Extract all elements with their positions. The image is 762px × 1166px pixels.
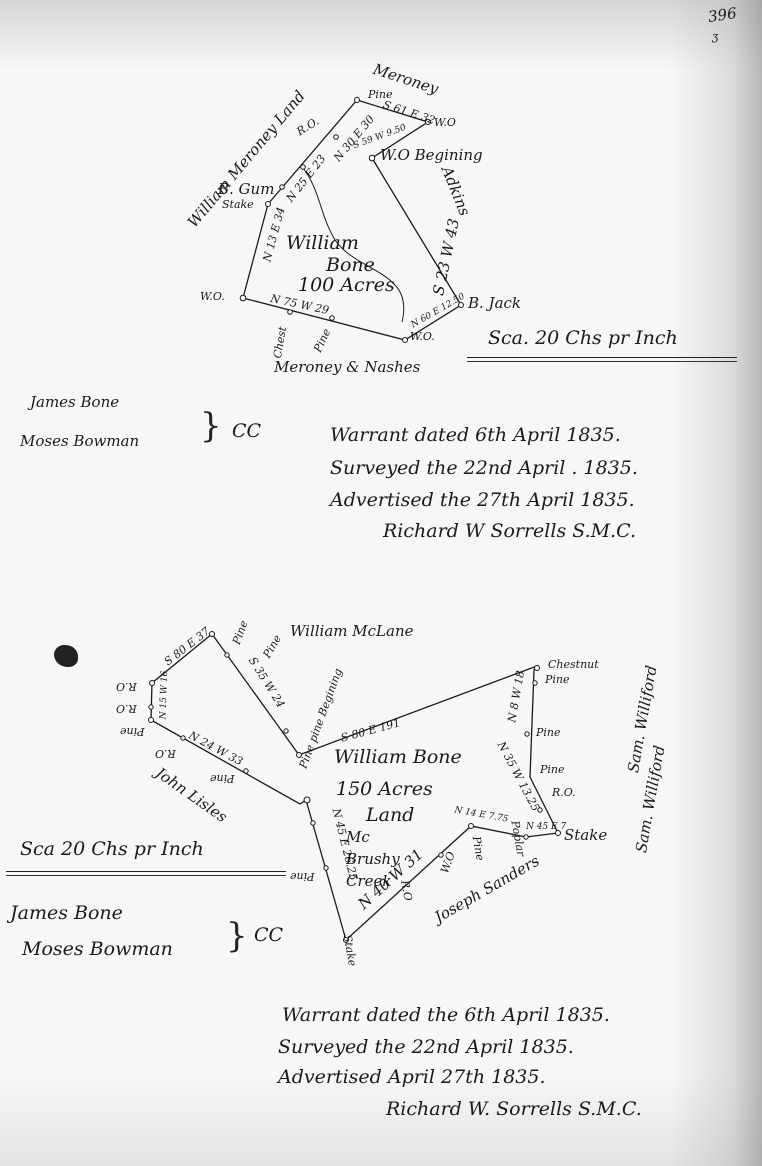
plat-2-land-label: Land — [366, 804, 414, 826]
plat-2-bearing-bottom-right: N 45 E 7 — [526, 822, 566, 832]
grantee-2-2: Moses Bowman — [22, 938, 173, 960]
record-2-line-3: Advertised April 27th 1835. — [278, 1066, 546, 1088]
plat-2-corner-ro-left: R.O — [155, 747, 176, 760]
plat-2-corner-pine-mid: Pine — [210, 772, 235, 785]
plat-2-corner-ro-upper: R.O — [116, 680, 137, 693]
record-2-line-1: Warrant dated the 6th April 1835. — [282, 1004, 610, 1026]
record-2-line-2: Surveyed the 22nd April 1835. — [278, 1036, 574, 1058]
scale-rule-2b — [6, 875, 286, 876]
plat-2-acreage: 150 Acres — [336, 778, 433, 800]
plat-2-bearing-left: N 15 W 16 — [158, 671, 170, 720]
plat-2-corner-pine-right-3: Pine — [540, 763, 565, 776]
plat-2-owner: William Bone — [334, 746, 462, 768]
plat-2-corner-stake: Stake — [564, 826, 607, 844]
plat-2-boundary — [0, 0, 762, 1166]
plat-2-corner-ro-lower: R.O — [116, 702, 137, 715]
plat-2-scale: Sca 20 Chs pr Inch — [20, 838, 204, 860]
chain-carriers-2: CC — [254, 924, 283, 946]
plat-2-corner-pine-right-2: Pine — [536, 726, 561, 739]
plat-2-corner-pine-right-1: Pine — [545, 673, 570, 686]
plat-2-corner-pine-lower-left: Pine — [290, 870, 315, 883]
scale-rule-2 — [6, 871, 286, 872]
plat-2-corner-pine-left: Pine — [120, 725, 145, 738]
plat-2-adjoiner-north: William McLane — [290, 622, 413, 640]
record-2-signature: Richard W. Sorrells S.M.C. — [386, 1098, 642, 1120]
plat-2-corner-ro-right: R.O. — [552, 786, 576, 799]
plat-2-corner-chestnut: Chestnut — [548, 658, 599, 671]
grantee-2-1: James Bone — [10, 902, 123, 924]
brace-2: } — [226, 916, 248, 956]
